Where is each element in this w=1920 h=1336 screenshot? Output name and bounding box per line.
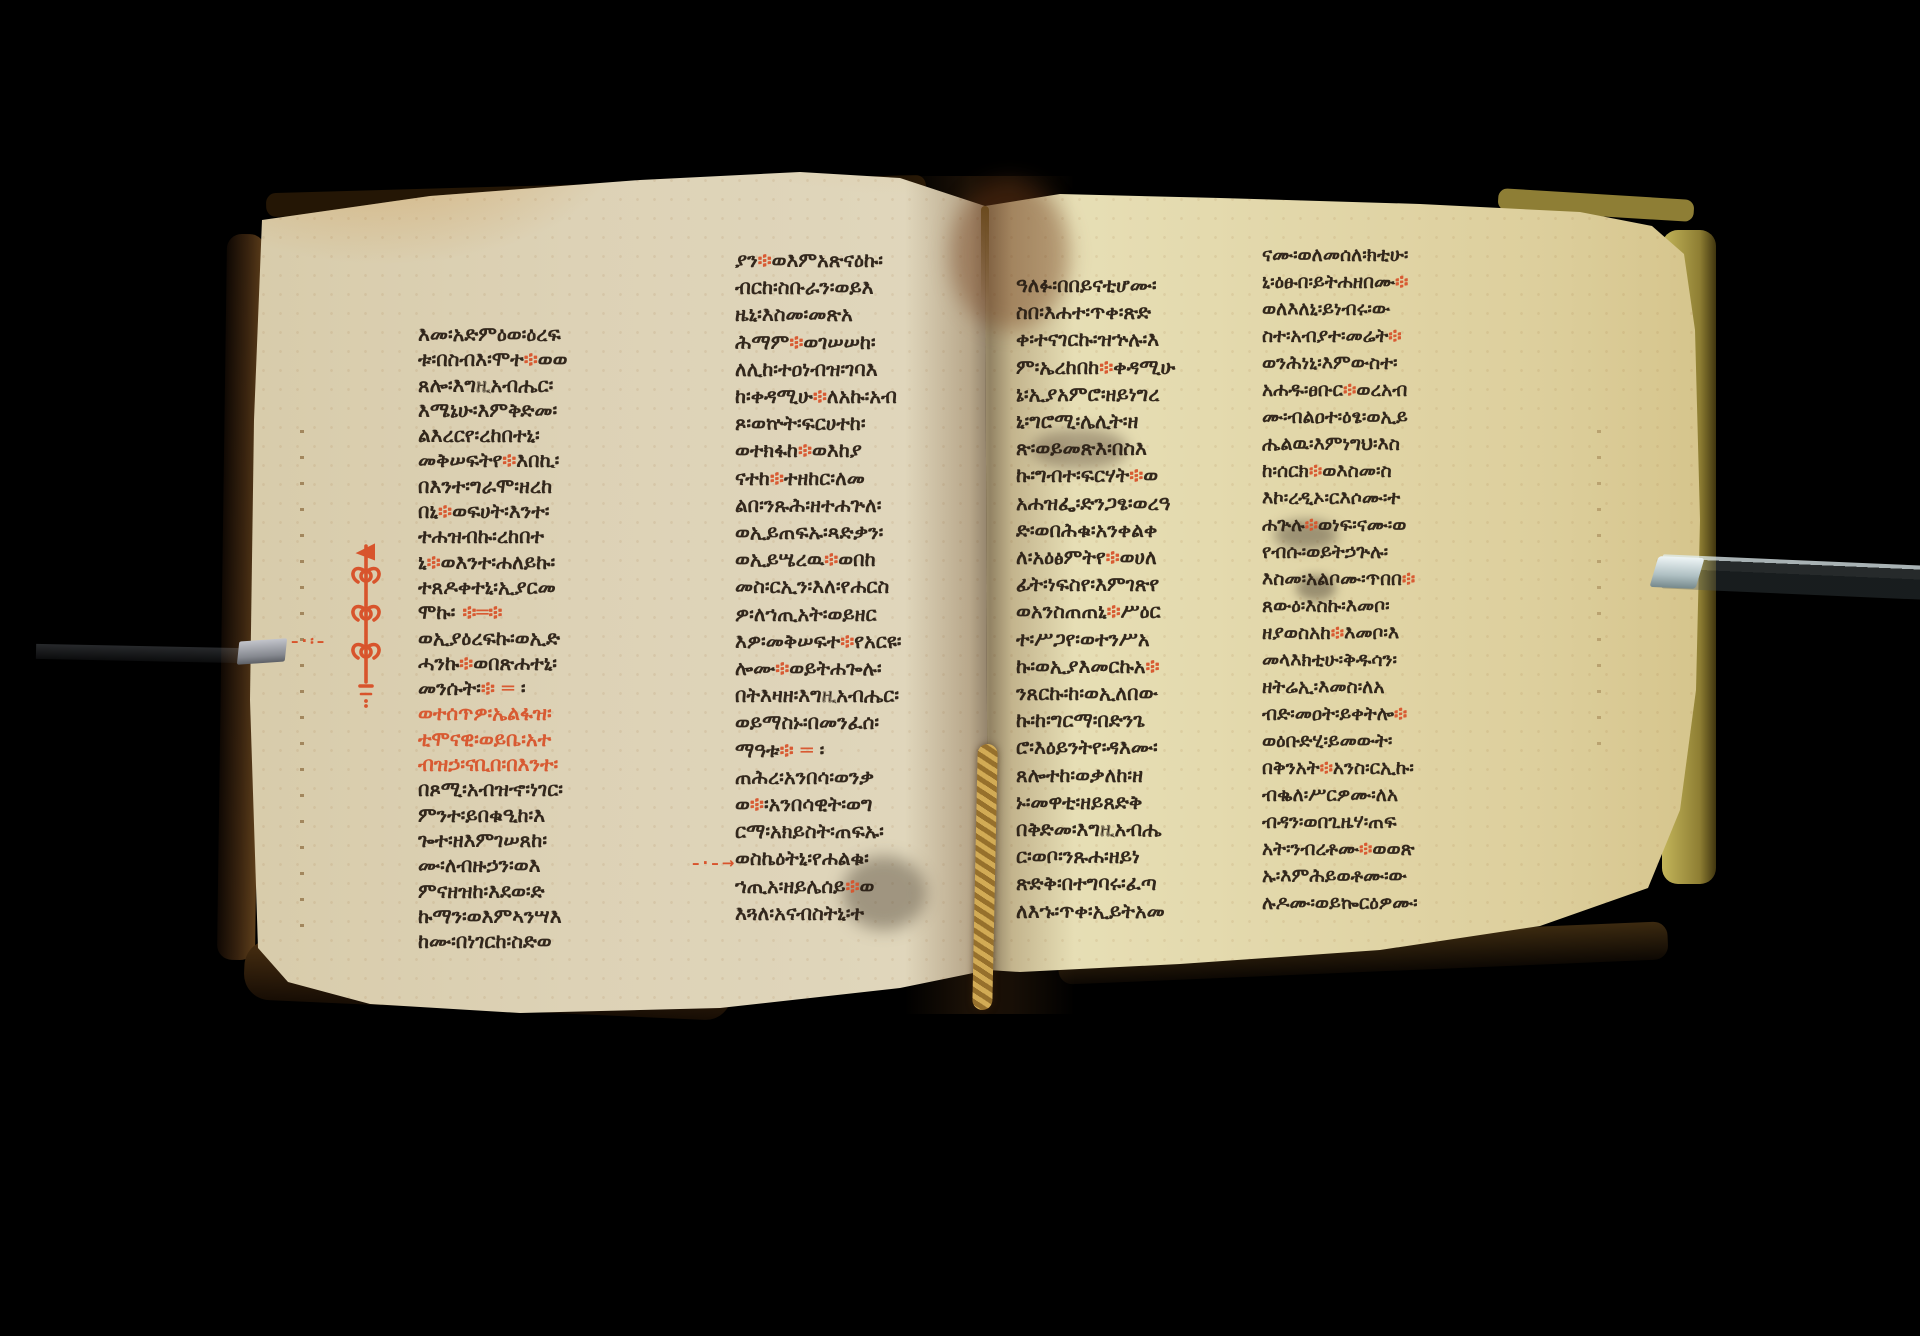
text-line: ተ፡ሥጋየ፡ወተንሥአ (1016, 626, 1258, 653)
text-line: ናሙ፡ወለመሰለ፡ክቲሁ፡ (1262, 242, 1544, 269)
text-line: ሕማም፨ወገሠሠከ፡ (735, 329, 989, 356)
text-line: ወስኬዕትኒ፡የሐልቁ፡ (735, 845, 989, 872)
text-line: ጾ፡ወኵት፡ፍርሀተከ፡ (735, 410, 989, 437)
text-line: ከሙ፡በነገርከ፡ስድወ (418, 929, 710, 954)
text-line: ር፡ወቦ፡ንጹሐ፡ዘይነ (1016, 843, 1258, 870)
text-line: ዜኒ፡እስመ፡መጽአ (735, 301, 989, 328)
text-line: ብዝኃ፡ናቢበ፡በእንተ፡ (418, 752, 710, 777)
text-line: ብድ፡መዐት፡ይቀትሎ፨ (1262, 701, 1544, 728)
text-line: ቲሞናዊ፡ወይቤ፡አተ (418, 727, 710, 752)
text-line: ቱ፡በስብእ፡ሞተ፨ወወ (418, 347, 710, 372)
text-line: ወይማስኑ፡በመንፈሰ፡ (735, 709, 989, 736)
text-line: ወ፨፡አንበሳዊት፡ወግ (735, 791, 989, 818)
text-line: አት፡ንብረቶሙ፨ወወጽ (1262, 836, 1544, 863)
text-line: ልእረርየ፡ረከበተኒ፡ (418, 423, 710, 448)
text-line: ኑ፡መዋቲ፡ዘይጸድቅ (1016, 789, 1258, 816)
text-line: ቀ፡ተናገርኩ፡ዝኍሉ፡እ (1016, 326, 1258, 353)
text-line: ርማ፡አክይስት፡ጠፍኡ፡ (735, 818, 989, 845)
text-line: ለእኁ፡ጥቀ፡ኢይትአመ (1016, 898, 1258, 925)
text-line: ኩ፡ከ፡ግርማ፡በድንጌ (1016, 707, 1258, 734)
text-line: ሎሙ፨ወይትሐጐሉ፡ (735, 655, 989, 682)
text-line: ማዓቱ፨ ═ ፡ (735, 737, 989, 764)
text-line: ኀጢአ፡ዘይሌሰይ፨ወ (735, 873, 989, 900)
text-line: ኒ፡ዕፁበ፡ይትሐዘበሙ፨ (1262, 269, 1544, 296)
text-line: ሞኩ፡ ፨═፨ (418, 600, 710, 625)
pricking-holes-right (1597, 430, 1601, 760)
text-line: ወንሕነኒ፡እምውስተ፡ (1262, 350, 1544, 377)
text-line: አሐዝፌ፡ድንጋፄ፡ወረዓ (1016, 490, 1258, 517)
text-line: ወኢያዕረፍኩ፡ወኢድ (418, 626, 710, 651)
text-line: ብቈለ፡ሥርዎሙ፡ለአ (1262, 782, 1544, 809)
text-line: ምናዘዝከ፡እደወ፡ድ (418, 879, 710, 904)
text-line: ሮ፡እዕይንትየ፡ዳእሙ፡ (1016, 734, 1258, 761)
photo-stage: እመ፡አድምዕወ፡ዕረፍቱ፡በስብእ፡ሞተ፨ወወጸሎ፡እግዚአብሔር፡እሜኔሁ፡… (0, 0, 1920, 1336)
text-line: ድ፡ወበሕቁ፡አንቀልቀ (1016, 517, 1258, 544)
text-line: ናተከ፨ተዘከር፡ለመ (735, 465, 989, 492)
text-line: ኩማን፡ወእምኣንሣእ (418, 904, 710, 929)
text-line: ሙ፡ብልዐተ፡ዕፄ፡ወኢይ (1262, 404, 1544, 431)
text-line: ኩ፡ግብተ፡ፍርሃት፨ወ (1016, 462, 1258, 489)
text-line: ወተክፋከ፨ወእከያ (735, 437, 989, 464)
text-line: ኒ፡ግሮሚ፡ሌሊት፡ዘ (1016, 408, 1258, 435)
text-line: ጠሕረ፡አንበሳ፡ወንቃ (735, 764, 989, 791)
text-line: ወተሰጥዎ፡ኤልፋዝ፡ (418, 701, 710, 726)
section-margin-mark: –·፡– (291, 632, 327, 650)
text-line: እስመ፡አልቦሙ፡ጥበበ፨ (1262, 566, 1544, 593)
text-line: መላእክቲሁ፡ቅዱሳን፡ (1262, 647, 1544, 674)
text-line: ወዕቡድሂ፡ይመውት፡ (1262, 728, 1544, 755)
glass-support-tip (1649, 556, 1704, 589)
text-line: ንጸርኩ፡ከ፡ወኢለበው (1016, 680, 1258, 707)
text-line: አሐዱ፡ፀቡር፨ወረአብ (1262, 377, 1544, 404)
text-column-left-inner: ያን፨ወእምአጽናዕኩ፡ብርከ፡ስቡራን፡ወይእዜኒ፡እስመ፡መጽአሕማም፨ወገ… (735, 247, 989, 927)
text-line: በቅንአት፨አንስ፡ርኢኩ፡ (1262, 755, 1544, 782)
text-line: ም፡ኤረከበከ፨ቀዳሚሁ (1016, 354, 1258, 381)
text-line: ሐጕሉ፨ወነፍ፡ናሙ፡ወ (1262, 512, 1544, 539)
text-line: መስ፡ርኢን፡እለ፡የሐርስ (735, 573, 989, 600)
display-clip-icon (237, 638, 287, 665)
text-line: በኒ፨ወፍሀት፡እንተ፡ (418, 499, 710, 524)
text-line: በቅድመ፡እግዚአብሔ (1016, 816, 1258, 843)
text-line: ኔ፡ኢያአምሮ፡ዘይነግረ (1016, 381, 1258, 408)
pricking-holes-left (300, 430, 304, 950)
text-line: እሜኔሁ፡እምቅድመ፡ (418, 398, 710, 423)
text-line: ሓንኩ፨ወበጽሐተኒ፡ (418, 651, 710, 676)
text-line: ወኢይጠፍኡ፡ጻድቃን፡ (735, 519, 989, 546)
text-line: ብርከ፡ስቡራን፡ወይእ (735, 274, 989, 301)
text-line: ዘትሬኢ፡እመስ፡ለአ (1262, 674, 1544, 701)
text-line: ያን፨ወእምአጽናዕኩ፡ (735, 247, 989, 274)
text-line: መንሱት፡፨ ═ ፡ (418, 676, 710, 701)
text-line: እኮ፡ረዲኦ፡ርእሶሙ፡ተ (1262, 485, 1544, 512)
text-line: ጽድቅ፡በተግባሩ፡ፈጣ (1016, 870, 1258, 897)
text-line: እመ፡አድምዕወ፡ዕረፍ (418, 322, 710, 347)
text-line: ከ፡ቀዳሚሁ፨ለአኩ፡አብ (735, 383, 989, 410)
text-line: ጸሎተከ፡ወቃለከ፡ዘ (1016, 762, 1258, 789)
text-line: ጐተ፡ዘእምገሠጸከ፡ (418, 828, 710, 853)
marginal-cross-ornament-icon (336, 536, 396, 708)
text-line: እዎ፡መቅሠፍተ፨የአርዩ፡ (735, 628, 989, 655)
text-line: ስበ፡እሐተ፡ጥቀ፡ጽድ (1016, 299, 1258, 326)
text-column-right-outer: ናሙ፡ወለመሰለ፡ክቲሁ፡ኒ፡ዕፁበ፡ይትሐዘበሙ፨ወለእለኒ፡ይነብሩ፡ውስተ… (1262, 242, 1544, 917)
text-line: የብሱ፡ወይትኃጕሉ፡ (1262, 539, 1544, 566)
text-line: ኡ፡እምሕይወቶሙ፡ው (1262, 863, 1544, 890)
text-line: ወኢይሤረዉ፨ወበከ (735, 546, 989, 573)
text-line: ከ፡ሰርክ፨ወእስመ፡ስ (1262, 458, 1544, 485)
text-line: መቅሠፍትየ፨እበኪ፡ (418, 448, 710, 473)
text-line: ስተ፡አብያተ፡መሬት፨ (1262, 323, 1544, 350)
text-line: ልበ፡ንጹሕ፡ዘተሐጕለ፡ (735, 492, 989, 519)
text-line: ብዳን፡ወበጊዜሃ፡ጠፍ (1262, 809, 1544, 836)
pointer-margin-mark: –·–→ (692, 854, 737, 872)
text-line: ዓለፉ፡በበይናቲሆሙ፡ (1016, 272, 1258, 299)
text-line: ሙ፡ለብዙኃን፡ወእ (418, 853, 710, 878)
text-line: ጸውዕ፡እስኩ፡እመቦ፡ (1262, 593, 1544, 620)
text-column-right-inner: ዓለፉ፡በበይናቲሆሙ፡ስበ፡እሐተ፡ጥቀ፡ጽድቀ፡ተናገርኩ፡ዝኍሉ፡እም፡ኤ… (1016, 272, 1258, 925)
text-line: ጸሎ፡እግዚአብሔር፡ (418, 373, 710, 398)
text-line: ፊት፡ነፍስየ፡እምገጽየ (1016, 571, 1258, 598)
text-line: ለሊከ፡ተዐነብዝ፡ገባእ (735, 356, 989, 383)
text-line: ለ፡አዕፅምትየ፨ወሀለ (1016, 544, 1258, 571)
text-line: ሉዶሙ፡ወይኰርዕዎሙ፡ (1262, 890, 1544, 917)
text-line: በትእዛዘ፡እግዚአብሔር፡ (735, 682, 989, 709)
text-line: ዎ፡ለኀጢአት፡ወይዘር (735, 601, 989, 628)
text-column-left-outer: እመ፡አድምዕወ፡ዕረፍቱ፡በስብእ፡ሞተ፨ወወጸሎ፡እግዚአብሔር፡እሜኔሁ፡… (418, 322, 710, 954)
text-line: ወለእለኒ፡ይነብሩ፡ው (1262, 296, 1544, 323)
text-line: ኒ፨ወእንተ፡ሐለይኩ፡ (418, 550, 710, 575)
text-line: ዘያወስአከ፨እመቦ፡እ (1262, 620, 1544, 647)
glass-support-left-bar (36, 644, 242, 663)
text-line: ምንተ፡ይበቁዒከ፡እ (418, 803, 710, 828)
text-line: ኩ፡ወኢያእመርኩአ፨ (1016, 653, 1258, 680)
text-line: ሔልዉ፡እምነግህ፡እስ (1262, 431, 1544, 458)
text-line: እጓለ፡አናብስትኒ፡ተ (735, 900, 989, 927)
text-line: ወአንስጠጠኒ፨ሥዕር (1016, 598, 1258, 625)
text-line: ጽ፡ወይመጽእ፡በስእ (1016, 435, 1258, 462)
text-line: በጾሚ፡አብዝኆ፡ነገር፡ (418, 777, 710, 802)
text-line: በእንተ፡ግራሞ፡ዘረከ (418, 474, 710, 499)
text-line: ተጸዶቀተኒ፡ኢያርመ (418, 575, 710, 600)
text-line: ተሐዝብኩ፡ረከበተ (418, 524, 710, 549)
